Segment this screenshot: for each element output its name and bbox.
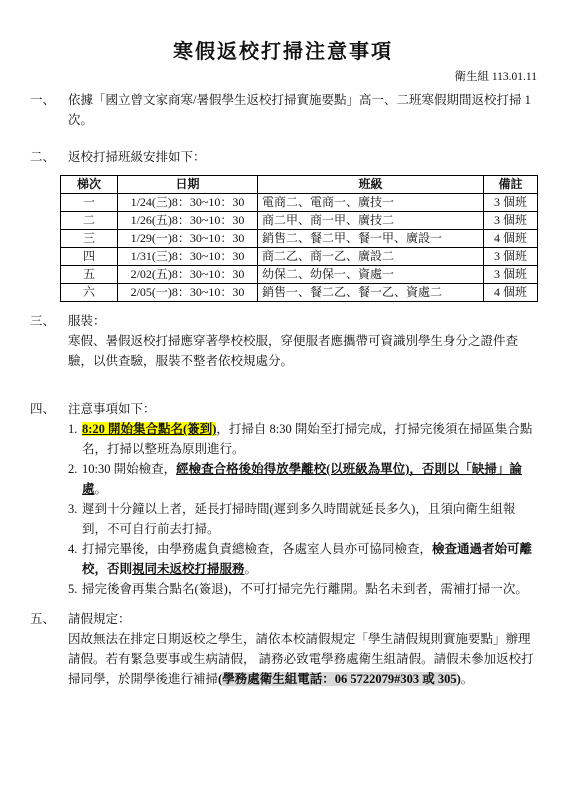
cell-batch: 二	[61, 212, 118, 230]
cell-date: 1/29(一)8：30~10：30	[118, 230, 258, 248]
cell-batch: 一	[61, 194, 118, 212]
item-number: 2.	[68, 459, 82, 499]
page-title: 寒假返校打掃注意事項	[0, 0, 566, 64]
cell-note: 3 個班	[484, 212, 538, 230]
header-date: 日期	[118, 176, 258, 194]
section-heading: 返校打掃班級安排如下：	[68, 147, 537, 167]
table-row: 六 2/05(一)8：30~10：30 銷售一、餐二乙、餐一乙、資處二 4 個班	[61, 284, 538, 302]
section-5: 五、 請假規定： 因故無法在排定日期返校之學生，請依本校請假規定「學生請假規則實…	[30, 609, 537, 689]
section-2: 二、 返校打掃班級安排如下：	[30, 147, 537, 167]
cell-batch: 三	[61, 230, 118, 248]
section-body: 注意事項如下： 1. 8:20 開始集合點名(簽到)，打掃自 8:30 開始至打…	[68, 399, 537, 599]
table-row: 五 2/02(五)8：30~10：30 幼保二、幼保一、資處一 3 個班	[61, 266, 538, 284]
cell-note: 4 個班	[484, 230, 538, 248]
cell-date: 2/05(一)8：30~10：30	[118, 284, 258, 302]
note-item-5: 5. 掃完後會再集合點名(簽退)，不可打掃完先行離開。點名未到者，需補打掃一次。	[68, 579, 537, 599]
note-item-1: 1. 8:20 開始集合點名(簽到)，打掃自 8:30 開始至打掃完成，打掃完後…	[68, 419, 537, 459]
item-text: 掃完後會再集合點名(簽退)，不可打掃完先行離開。點名未到者，需補打掃一次。	[82, 579, 537, 599]
item-number: 1.	[68, 419, 82, 459]
document-body: 一、 依據「國立曾文家商寒/暑假學生返校打掃實施要點」高一、二班寒假期間返校打掃…	[0, 90, 566, 689]
cell-class: 電商二、電商一、廣技一	[258, 194, 484, 212]
table-row: 一 1/24(三)8：30~10：30 電商二、電商一、廣技一 3 個班	[61, 194, 538, 212]
item-number: 4.	[68, 539, 82, 579]
cell-date: 2/02(五)8：30~10：30	[118, 266, 258, 284]
table-row: 二 1/26(五)8：30~10：30 商二甲、商一甲、廣技二 3 個班	[61, 212, 538, 230]
note-item-4: 4. 打掃完畢後，由學務處負責總檢查，各處室人員亦可協同檢查，檢查通過者始可離校…	[68, 539, 537, 579]
cell-class: 幼保二、幼保一、資處一	[258, 266, 484, 284]
cell-date: 1/24(三)8：30~10：30	[118, 194, 258, 212]
section-marker: 五、	[30, 609, 68, 689]
section-body: 請假規定： 因故無法在排定日期返校之學生，請依本校請假規定「學生請假規則實施要點…	[68, 609, 537, 689]
section-1: 一、 依據「國立曾文家商寒/暑假學生返校打掃實施要點」高一、二班寒假期間返校打掃…	[30, 90, 537, 130]
section-4: 四、 注意事項如下： 1. 8:20 開始集合點名(簽到)，打掃自 8:30 開…	[30, 399, 537, 599]
item-text: 10:30 開始檢查，經檢查合格後始得放學離校(以班級為單位)，否則以「缺掃」論…	[82, 459, 537, 499]
cell-class: 商二甲、商一甲、廣技二	[258, 212, 484, 230]
table-row: 四 1/31(三)8：30~10：30 商二乙、商一乙、廣設二 3 個班	[61, 248, 538, 266]
document-page: 寒假返校打掃注意事項 衛生組 113.01.11 一、 依據「國立曾文家商寒/暑…	[0, 0, 566, 800]
section-paragraph: 寒假、暑假返校打掃應穿著學校校服，穿便服者應攜帶可資識別學生身分之證件查驗，以供…	[68, 331, 537, 371]
item-text: 8:20 開始集合點名(簽到)，打掃自 8:30 開始至打掃完成，打掃完後須在掃…	[82, 419, 537, 459]
section-marker: 一、	[30, 90, 68, 130]
note-item-3: 3. 遲到十分鐘以上者，延長打掃時間(遲到多久時間就延長多久)，且須向衛生組報到…	[68, 499, 537, 539]
item-number: 3.	[68, 499, 82, 539]
section-body: 服裝： 寒假、暑假返校打掃應穿著學校校服，穿便服者應攜帶可資識別學生身分之證件查…	[68, 311, 537, 371]
cell-class: 銷售二、餐二甲、餐一甲、廣設一	[258, 230, 484, 248]
section-marker: 二、	[30, 147, 68, 167]
header-batch: 梯次	[61, 176, 118, 194]
cleaning-schedule-table: 梯次 日期 班級 備註 一 1/24(三)8：30~10：30 電商二、電商一、…	[60, 175, 538, 302]
cell-class: 銷售一、餐二乙、餐一乙、資處二	[258, 284, 484, 302]
section-heading: 請假規定：	[68, 609, 537, 629]
section-heading: 服裝：	[68, 311, 537, 331]
cell-note: 3 個班	[484, 248, 538, 266]
cell-batch: 六	[61, 284, 118, 302]
item-text: 遲到十分鐘以上者，延長打掃時間(遲到多久時間就延長多久)，且須向衛生組報到，不可…	[82, 499, 537, 539]
cell-batch: 五	[61, 266, 118, 284]
section-marker: 四、	[30, 399, 68, 599]
section-text: 依據「國立曾文家商寒/暑假學生返校打掃實施要點」高一、二班寒假期間返校打掃 1 …	[68, 90, 537, 130]
cell-batch: 四	[61, 248, 118, 266]
table-row: 三 1/29(一)8：30~10：30 銷售二、餐二甲、餐一甲、廣設一 4 個班	[61, 230, 538, 248]
header-class: 班級	[258, 176, 484, 194]
section-paragraph: 因故無法在排定日期返校之學生，請依本校請假規定「學生請假規則實施要點」辦理請假。…	[68, 629, 537, 689]
cell-note: 4 個班	[484, 284, 538, 302]
issuer-line: 衛生組 113.01.11	[0, 68, 566, 84]
cell-date: 1/26(五)8：30~10：30	[118, 212, 258, 230]
section-marker: 三、	[30, 311, 68, 371]
item-number: 5.	[68, 579, 82, 599]
section-3: 三、 服裝： 寒假、暑假返校打掃應穿著學校校服，穿便服者應攜帶可資識別學生身分之…	[30, 311, 537, 371]
section-heading: 注意事項如下：	[68, 399, 537, 419]
cell-class: 商二乙、商一乙、廣設二	[258, 248, 484, 266]
header-note: 備註	[484, 176, 538, 194]
cell-date: 1/31(三)8：30~10：30	[118, 248, 258, 266]
item-text: 打掃完畢後，由學務處負責總檢查，各處室人員亦可協同檢查，檢查通過者始可離校，否則…	[82, 539, 537, 579]
cell-note: 3 個班	[484, 266, 538, 284]
note-item-2: 2. 10:30 開始檢查，經檢查合格後始得放學離校(以班級為單位)，否則以「缺…	[68, 459, 537, 499]
table-header-row: 梯次 日期 班級 備註	[61, 176, 538, 194]
cell-note: 3 個班	[484, 194, 538, 212]
